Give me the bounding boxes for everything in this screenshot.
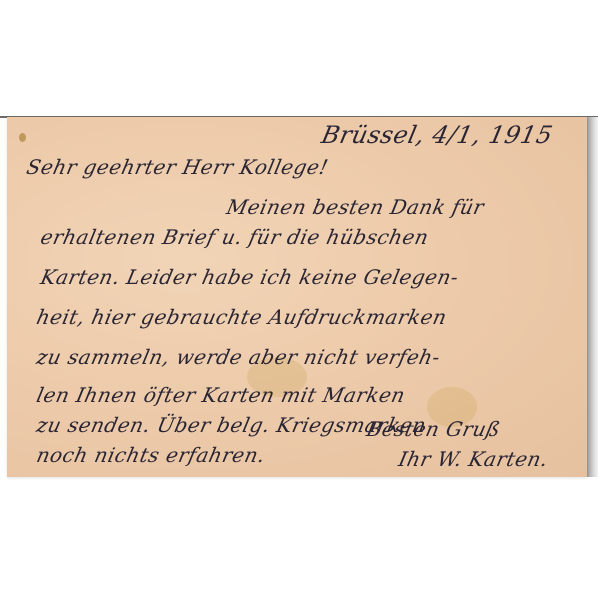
text-line: noch nichts erfahren. [34, 443, 267, 467]
stain [19, 133, 26, 142]
text-line: Meinen besten Dank für [224, 195, 486, 219]
signature: Ihr W. Karten. [396, 447, 550, 471]
postcard: Brüssel, 4/1, 1915 Sehr geehrter Herr Ko… [7, 117, 587, 477]
text-line: len Ihnen öfter Karten mit Marken [34, 383, 407, 407]
text-line: Karten. Leider habe ich keine Gelegen- [38, 265, 460, 289]
salutation: Sehr geehrter Herr Kollege! [24, 155, 330, 179]
closing: Besten Gruß [364, 417, 502, 441]
text-line: heit, hier gebrauchte Aufdruckmarken [34, 305, 449, 329]
text-line: zu sammeln, werde aber nicht verfeh- [34, 345, 442, 369]
text-line: erhaltenen Brief u. für die hübschen [38, 225, 431, 249]
dateline: Brüssel, 4/1, 1915 [319, 121, 555, 149]
card-shadow [587, 117, 598, 477]
